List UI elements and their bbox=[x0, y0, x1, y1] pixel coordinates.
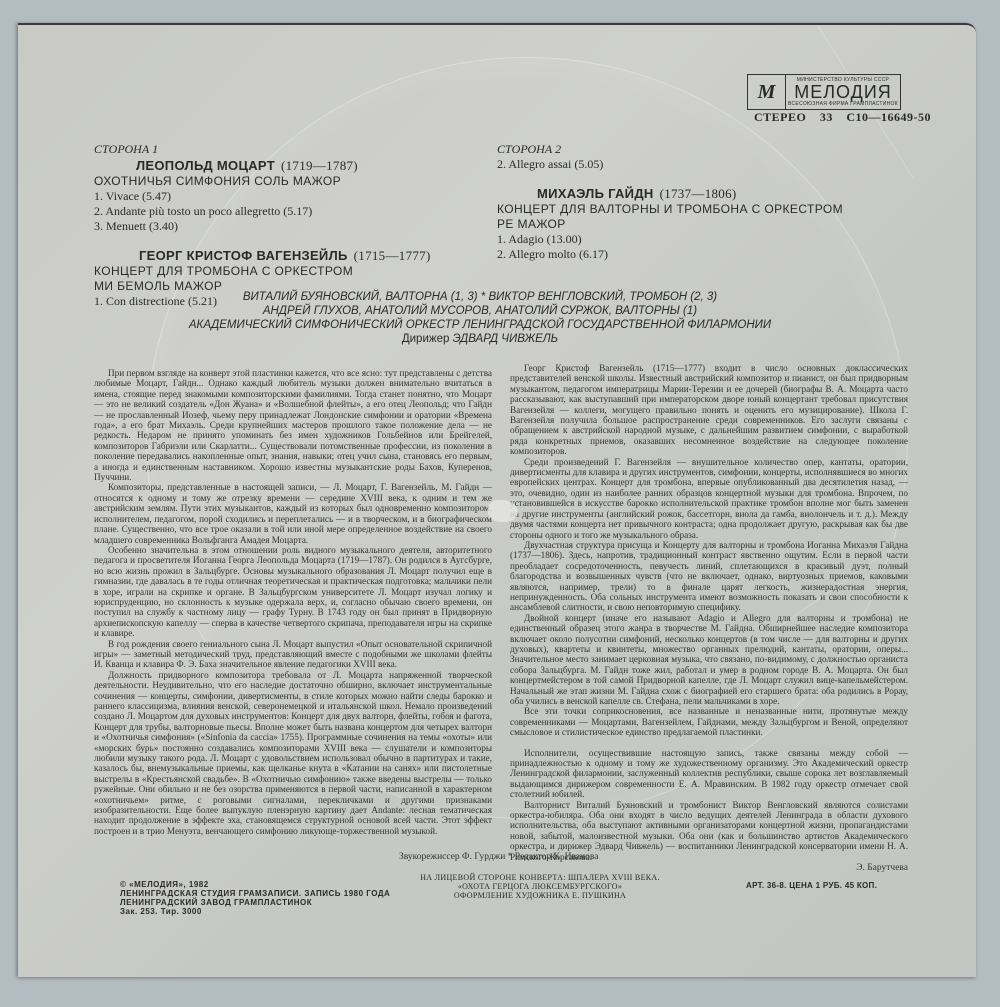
side-2-label: СТОРОНА 2 bbox=[497, 142, 877, 157]
paragraph: Георг Кристоф Вагензейль (1715—1777) вхо… bbox=[510, 363, 908, 457]
side-2-programme: СТОРОНА 2 2. Allegro assai (5.05) МИХАЭЛ… bbox=[497, 142, 877, 262]
imprint-line: © «МЕЛОДИЯ», 1982 bbox=[120, 880, 390, 889]
format: СТЕРЕО bbox=[754, 110, 806, 124]
speed: 33 bbox=[820, 110, 833, 124]
composer-m-haydn: МИХАЭЛЬ ГАЙДН(1737—1806) bbox=[537, 186, 877, 202]
soloists: ВИТАЛИЙ БУЯНОВСКИЙ, ВАЛТОРНА (1, 3) * ВИ… bbox=[150, 290, 810, 304]
cover-info: НА ЛИЦЕВОЙ СТОРОНЕ КОНВЕРТА: ШПАЛЕРА XVI… bbox=[400, 873, 680, 900]
company-text: ВСЕСОЮЗНАЯ ФИРМА ГРАМПЛАСТИНОК bbox=[788, 101, 898, 107]
work-title-line: ОХОТНИЧЬЯ СИМФОНИЯ СОЛЬ МАЖОР bbox=[94, 174, 474, 189]
paper-tear bbox=[488, 500, 518, 522]
side-1-label: СТОРОНА 1 bbox=[94, 142, 474, 157]
paragraph: Двойной концерт (иначе его называют Adag… bbox=[510, 613, 908, 707]
paragraph: В год рождения своего гениального сына Л… bbox=[94, 639, 492, 670]
cover-info-line: НА ЛИЦЕВОЙ СТОРОНЕ КОНВЕРТА: ШПАЛЕРА XVI… bbox=[400, 873, 680, 882]
paragraph: Должность придворного композитора требов… bbox=[94, 670, 492, 837]
work-title: КОНЦЕРТ ДЛЯ ВАЛТОРНЫ И ТРОМБОНА С ОРКЕСТ… bbox=[497, 202, 877, 232]
conductor: Дирижер ЭДВАРД ЧИВЖЕЛЬ bbox=[150, 332, 810, 346]
movement: 2. Allegro molto (6.17) bbox=[497, 247, 877, 262]
side-1-programme: СТОРОНА 1 ЛЕОПОЛЬД МОЦАРТ(1719—1787) ОХО… bbox=[94, 142, 474, 309]
work-title-line: КОНЦЕРТ ДЛЯ ТРОМБОНА С ОРКЕСТРОМ bbox=[94, 264, 474, 279]
movement-list: 1. Vivace (5.47)2. Andante più tosto un … bbox=[94, 189, 474, 234]
movement-list: 1. Adagio (13.00)2. Allegro molto (6.17) bbox=[497, 232, 877, 262]
melodiya-logo: М МИНИСТЕРСТВО КУЛЬТУРЫ СССР МЕЛОДИЯ ВСЕ… bbox=[747, 74, 901, 110]
imprint: © «МЕЛОДИЯ», 1982ЛЕНИНГРАДСКАЯ СТУДИЯ ГР… bbox=[120, 880, 390, 916]
orchestra: АКАДЕМИЧЕСКИЙ СИМФОНИЧЕСКИЙ ОРКЕСТР ЛЕНИ… bbox=[150, 318, 810, 332]
work-title-line: КОНЦЕРТ ДЛЯ ВАЛТОРНЫ И ТРОМБОНА С ОРКЕСТ… bbox=[497, 202, 877, 217]
movement: 1. Vivace (5.47) bbox=[94, 189, 474, 204]
composer-l-mozart: ЛЕОПОЛЬД МОЦАРТ(1719—1787) bbox=[136, 158, 474, 174]
imprint-line: ЛЕНИНГРАДСКИЙ ЗАВОД ГРАМПЛАСТИНОК bbox=[120, 898, 390, 907]
paragraph: Двухчастная структура присуща и Концерту… bbox=[510, 540, 908, 613]
liner-notes-right: Георг Кристоф Вагензейль (1715—1777) вхо… bbox=[510, 363, 908, 874]
notes-author: Э. Барутчева bbox=[510, 863, 908, 873]
catalog-line: СТЕРЕО 33 С10—16649-50 bbox=[754, 110, 931, 125]
production-credits: Звукорежиссер Ф. Гурджи * Редактор К. Ив… bbox=[399, 852, 598, 862]
melodiya-logo-icon: М bbox=[748, 75, 786, 109]
horn-players: АНДРЕЙ ГЛУХОВ, АНАТОЛИЙ МУСОРОВ, АНАТОЛИ… bbox=[150, 304, 810, 318]
paragraph: Особенно значительна в этом отношении ро… bbox=[94, 545, 492, 639]
imprint-line: Зак. 253. Тир. 3000 bbox=[120, 907, 390, 916]
paragraph: Среди произведений Г. Вагензейля — внуши… bbox=[510, 457, 908, 540]
paragraph: При первом взгляде на конверт этой пласт… bbox=[94, 368, 492, 482]
paragraph: Композиторы, представленные в настоящей … bbox=[94, 482, 492, 544]
catalog-number: С10—16649-50 bbox=[846, 110, 931, 124]
movement: 2. Andante più tosto un poco allegretto … bbox=[94, 204, 474, 219]
price: АРТ. 36-8. ЦЕНА 1 РУБ. 45 КОП. bbox=[746, 881, 877, 890]
paragraph: Все эти точки соприкосновения, все назва… bbox=[510, 706, 908, 737]
movement-list: 2. Allegro assai (5.05) bbox=[497, 157, 877, 172]
performers: ВИТАЛИЙ БУЯНОВСКИЙ, ВАЛТОРНА (1, 3) * ВИ… bbox=[150, 290, 810, 346]
brand-name: МЕЛОДИЯ bbox=[794, 83, 892, 101]
movement: 1. Adagio (13.00) bbox=[497, 232, 877, 247]
work-title: ОХОТНИЧЬЯ СИМФОНИЯ СОЛЬ МАЖОР bbox=[94, 174, 474, 189]
liner-notes-left: При первом взгляде на конверт этой пласт… bbox=[94, 368, 492, 836]
cover-info-line: ОФОРМЛЕНИЕ ХУДОЖНИКА Е. ПУШКИНА bbox=[400, 891, 680, 900]
movement: 3. Menuett (3.40) bbox=[94, 219, 474, 234]
work-title-line: РЕ МАЖОР bbox=[497, 217, 877, 232]
cover-info-line: «ОХОТА ГЕРЦОГА ЛЮКСЕМБУРГСКОГО» bbox=[400, 882, 680, 891]
imprint-line: ЛЕНИНГРАДСКАЯ СТУДИЯ ГРАМЗАПИСИ. ЗАПИСЬ … bbox=[120, 889, 390, 898]
movement: 2. Allegro assai (5.05) bbox=[497, 157, 877, 172]
composer-wagenseil: ГЕОРГ КРИСТОФ ВАГЕНЗЕЙЛЬ(1715—1777) bbox=[139, 248, 474, 264]
paragraph: Исполнители, осуществившие настоящую зап… bbox=[510, 748, 908, 800]
